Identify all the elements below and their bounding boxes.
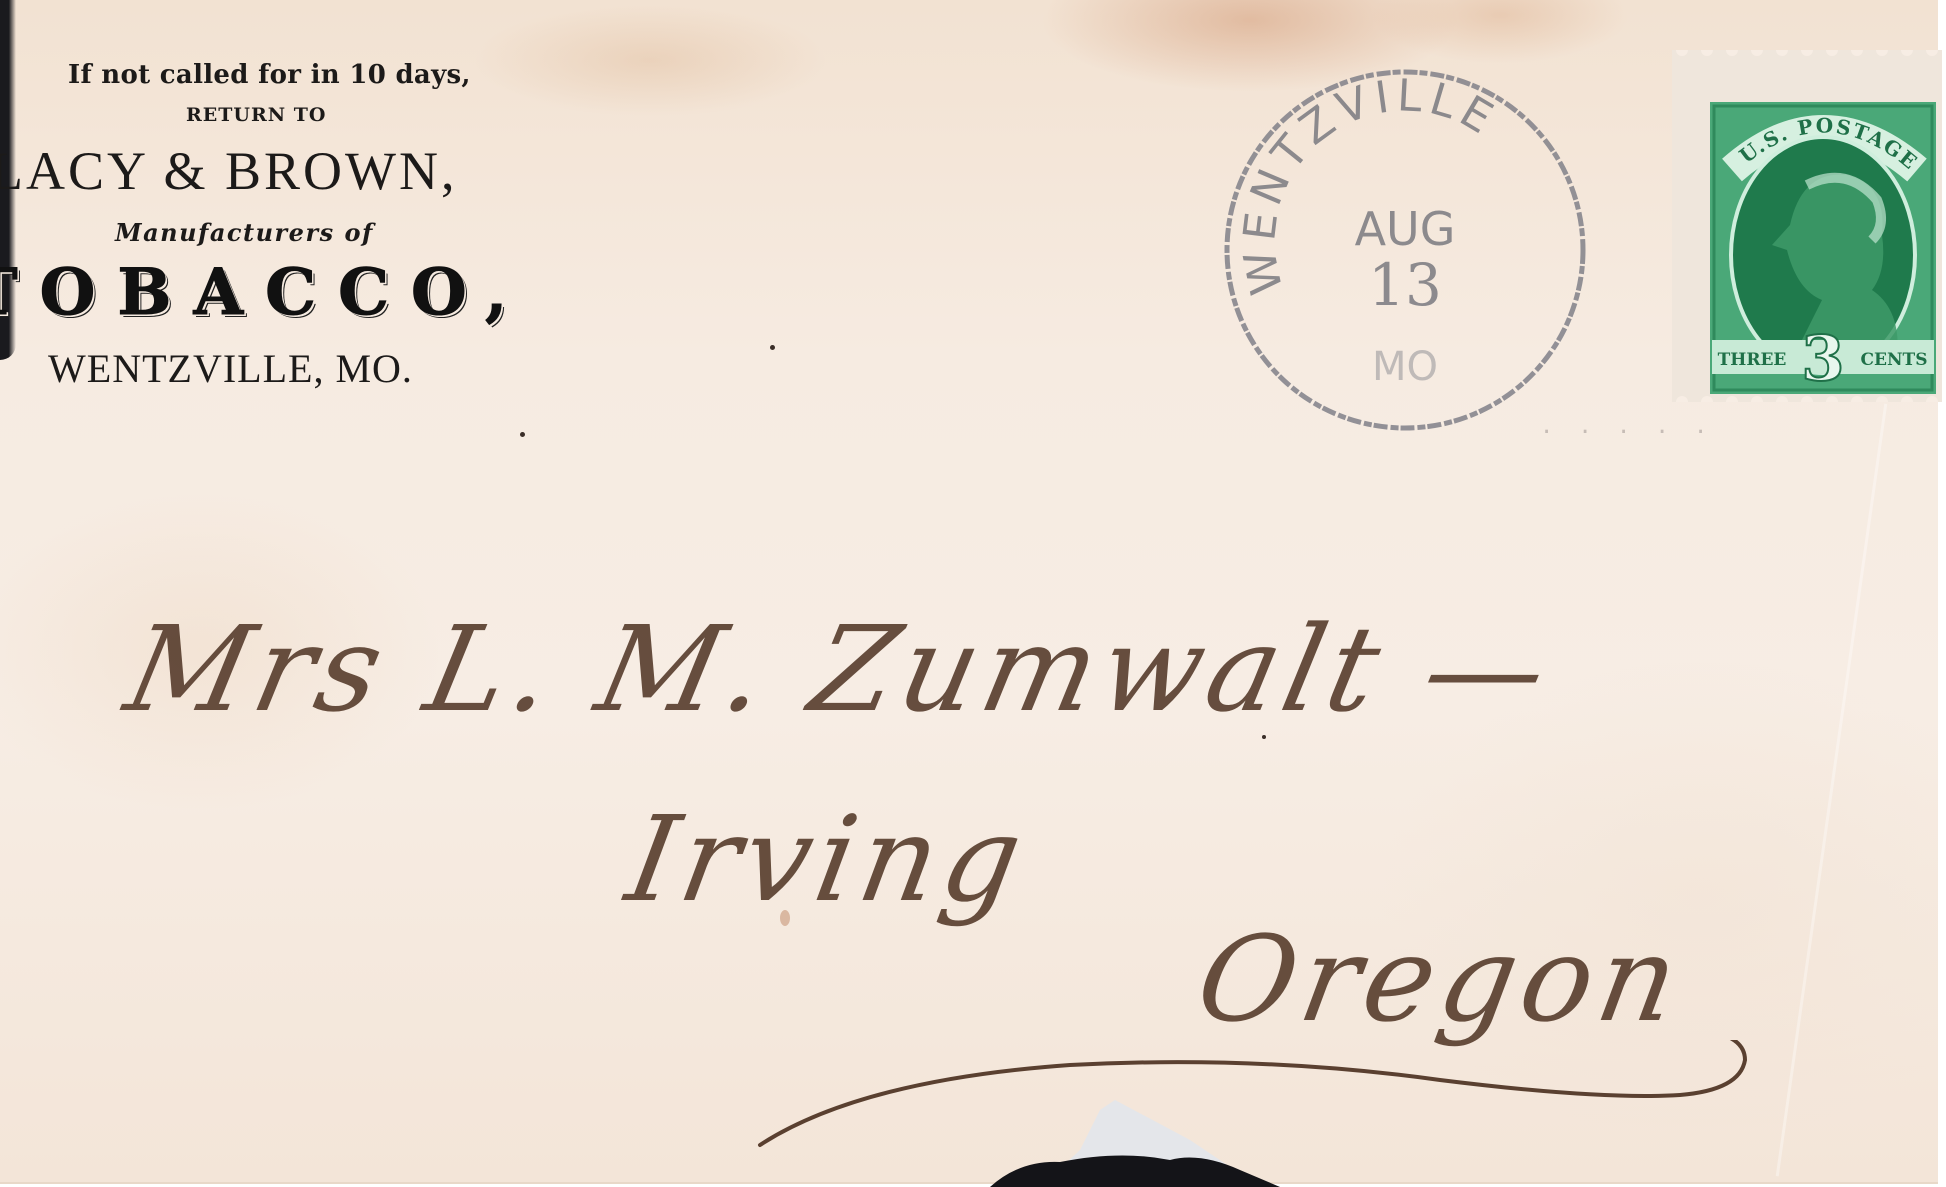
postmark-day: 13 [1368, 251, 1442, 319]
paper-speck [770, 345, 775, 350]
stamp-denomination-right: CENTS [1861, 350, 1928, 370]
stamp-numeral: 3 [1801, 322, 1844, 395]
paper-crease [1776, 404, 1888, 1177]
return-to-label: RETURN TO [186, 104, 326, 126]
postage-stamp: U.S. POSTAGE THREE 3 CENTS [1672, 50, 1942, 402]
stamp-denomination-left: THREE [1718, 350, 1787, 370]
offset-mark: · · · · · [1540, 420, 1713, 445]
company-name: LACY & BROWN, [0, 140, 458, 202]
postmark-state: MO [1372, 344, 1438, 390]
recipient-name: Mrs L. M. Zumwalt — [115, 600, 1565, 738]
company-location: WENTZVILLE, MO. [48, 345, 413, 392]
paper-stain [780, 910, 790, 926]
paper-speck [520, 432, 525, 437]
torn-edge [980, 1090, 1320, 1187]
return-instruction: If not called for in 10 days, [68, 60, 471, 90]
company-tagline: Manufacturers of [115, 218, 374, 247]
postmark-cancel: WENTZVILLE AUG 13 MO [1215, 60, 1595, 440]
recipient-state: Oregon [1188, 910, 1694, 1048]
company-product: TOBACCO, [0, 255, 529, 330]
envelope: If not called for in 10 days, RETURN TO … [0, 0, 1938, 1184]
paper-speck [1262, 735, 1266, 739]
postmark-month: AUG [1355, 202, 1456, 256]
recipient-city: Irving [618, 790, 1037, 928]
